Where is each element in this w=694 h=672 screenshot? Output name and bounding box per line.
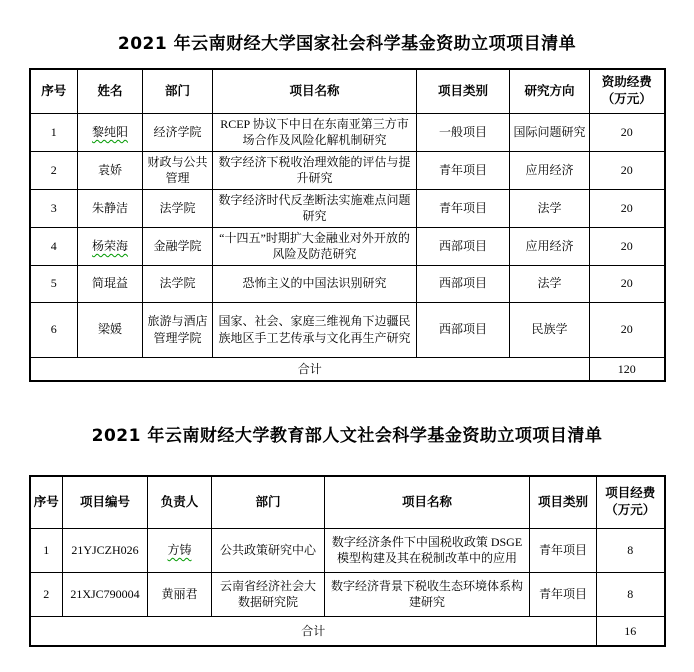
leader-name-spellchecked: 方铸 [167, 543, 191, 557]
cell-serial: 4 [30, 227, 78, 265]
header-serial: 序号 [30, 476, 63, 528]
cell-person-name: 杨荣海 [78, 227, 143, 265]
cell-project-title: 国家、社会、家庭三维视角下边疆民族地区手工艺传承与文化再生产研究 [213, 302, 417, 357]
cell-project-title: “十四五”时期扩大金融业对外开放的风险及防范研究 [213, 227, 417, 265]
total-row: 合计 16 [30, 616, 665, 646]
cell-serial: 3 [30, 189, 78, 227]
cell-department: 财政与公共管理 [143, 151, 213, 189]
cell-research-direction: 法学 [510, 265, 590, 302]
header-name: 姓名 [78, 69, 143, 113]
cell-person-name: 简琨益 [78, 265, 143, 302]
cell-leader-name: 方铸 [148, 528, 212, 572]
cell-department: 法学院 [143, 189, 213, 227]
cell-person-name: 黎纯阳 [78, 113, 143, 151]
cell-amount: 20 [590, 151, 665, 189]
cell-serial: 1 [30, 528, 63, 572]
header-project-title: 项目名称 [213, 69, 417, 113]
cell-department: 经济学院 [143, 113, 213, 151]
header-leader: 负责人 [148, 476, 212, 528]
cell-serial: 2 [30, 151, 78, 189]
cell-amount: 20 [590, 302, 665, 357]
cell-amount: 20 [590, 265, 665, 302]
total-amount: 16 [597, 616, 665, 646]
table1-header-row: 序号 姓名 部门 项目名称 项目类别 研究方向 资助经费 （万元） [30, 69, 665, 113]
cell-person-name: 朱静洁 [78, 189, 143, 227]
total-row: 合计 120 [30, 357, 665, 381]
cell-serial: 5 [30, 265, 78, 302]
table1-title: 2021 年云南财经大学国家社会科学基金资助立项项目清单 [0, 0, 694, 55]
cell-department: 旅游与酒店管理学院 [143, 302, 213, 357]
cell-serial: 2 [30, 572, 63, 616]
cell-department: 云南省经济社会大数据研究院 [212, 572, 325, 616]
cell-project-category: 青年项目 [417, 151, 510, 189]
cell-amount: 8 [597, 528, 665, 572]
cell-leader-name: 黄丽君 [148, 572, 212, 616]
person-name-spellchecked: 杨荣海 [92, 239, 128, 253]
cell-department: 法学院 [143, 265, 213, 302]
header-project-category: 项目类别 [417, 69, 510, 113]
national-fund-table: 序号 姓名 部门 项目名称 项目类别 研究方向 资助经费 （万元） 1 黎纯阳 … [29, 68, 666, 382]
header-project-amount: 项目经费 （万元） [597, 476, 665, 528]
cell-serial: 1 [30, 113, 78, 151]
table-row: 1 21YJCZH026 方铸 公共政策研究中心 数字经济条件下中国税收政策 D… [30, 528, 665, 572]
cell-project-category: 一般项目 [417, 113, 510, 151]
cell-project-code: 21YJCZH026 [63, 528, 148, 572]
cell-department: 金融学院 [143, 227, 213, 265]
table-row: 4 杨荣海 金融学院 “十四五”时期扩大金融业对外开放的风险及防范研究 西部项目… [30, 227, 665, 265]
cell-amount: 8 [597, 572, 665, 616]
cell-amount: 20 [590, 227, 665, 265]
cell-project-code: 21XJC790004 [63, 572, 148, 616]
cell-research-direction: 法学 [510, 189, 590, 227]
cell-project-category: 青年项目 [530, 572, 597, 616]
table-row: 6 梁媛 旅游与酒店管理学院 国家、社会、家庭三维视角下边疆民族地区手工艺传承与… [30, 302, 665, 357]
total-amount: 120 [590, 357, 665, 381]
header-department: 部门 [212, 476, 325, 528]
table-row: 2 袁娇 财政与公共管理 数字经济下税收治理效能的评估与提升研究 青年项目 应用… [30, 151, 665, 189]
header-serial: 序号 [30, 69, 78, 113]
cell-research-direction: 民族学 [510, 302, 590, 357]
cell-serial: 6 [30, 302, 78, 357]
header-project-code: 项目编号 [63, 476, 148, 528]
cell-project-title: 数字经济时代反垄断法实施难点问题研究 [213, 189, 417, 227]
cell-person-name: 袁娇 [78, 151, 143, 189]
header-project-title: 项目名称 [325, 476, 530, 528]
moe-fund-table: 序号 项目编号 负责人 部门 项目名称 项目类别 项目经费 （万元） 1 21Y… [29, 475, 666, 647]
cell-project-title: 数字经济条件下中国税收政策 DSGE 模型构建及其在税制改革中的应用 [325, 528, 530, 572]
cell-project-category: 西部项目 [417, 227, 510, 265]
document-page: 2021 年云南财经大学国家社会科学基金资助立项项目清单 序号 姓名 部门 项目… [0, 0, 694, 672]
cell-project-category: 西部项目 [417, 302, 510, 357]
table-row: 2 21XJC790004 黄丽君 云南省经济社会大数据研究院 数字经济背景下税… [30, 572, 665, 616]
cell-project-title: 恐怖主义的中国法识别研究 [213, 265, 417, 302]
table-row: 3 朱静洁 法学院 数字经济时代反垄断法实施难点问题研究 青年项目 法学 20 [30, 189, 665, 227]
cell-amount: 20 [590, 189, 665, 227]
cell-project-category: 青年项目 [530, 528, 597, 572]
table-row: 1 黎纯阳 经济学院 RCEP 协议下中日在东南亚第三方市场合作及风险化解机制研… [30, 113, 665, 151]
cell-project-title: 数字经济下税收治理效能的评估与提升研究 [213, 151, 417, 189]
table2-title: 2021 年云南财经大学教育部人文社会科学基金资助立项项目清单 [0, 382, 694, 447]
cell-research-direction: 国际问题研究 [510, 113, 590, 151]
table2-header-row: 序号 项目编号 负责人 部门 项目名称 项目类别 项目经费 （万元） [30, 476, 665, 528]
header-research-direction: 研究方向 [510, 69, 590, 113]
header-funding-amount: 资助经费 （万元） [590, 69, 665, 113]
total-label: 合计 [30, 357, 590, 381]
table-row: 5 简琨益 法学院 恐怖主义的中国法识别研究 西部项目 法学 20 [30, 265, 665, 302]
cell-person-name: 梁媛 [78, 302, 143, 357]
cell-amount: 20 [590, 113, 665, 151]
cell-department: 公共政策研究中心 [212, 528, 325, 572]
cell-research-direction: 应用经济 [510, 227, 590, 265]
cell-research-direction: 应用经济 [510, 151, 590, 189]
cell-project-category: 青年项目 [417, 189, 510, 227]
cell-project-title: 数字经济背景下税收生态环境体系构建研究 [325, 572, 530, 616]
header-project-category: 项目类别 [530, 476, 597, 528]
person-name-spellchecked: 黎纯阳 [92, 125, 128, 139]
cell-project-title: RCEP 协议下中日在东南亚第三方市场合作及风险化解机制研究 [213, 113, 417, 151]
total-label: 合计 [30, 616, 597, 646]
cell-project-category: 西部项目 [417, 265, 510, 302]
header-department: 部门 [143, 69, 213, 113]
